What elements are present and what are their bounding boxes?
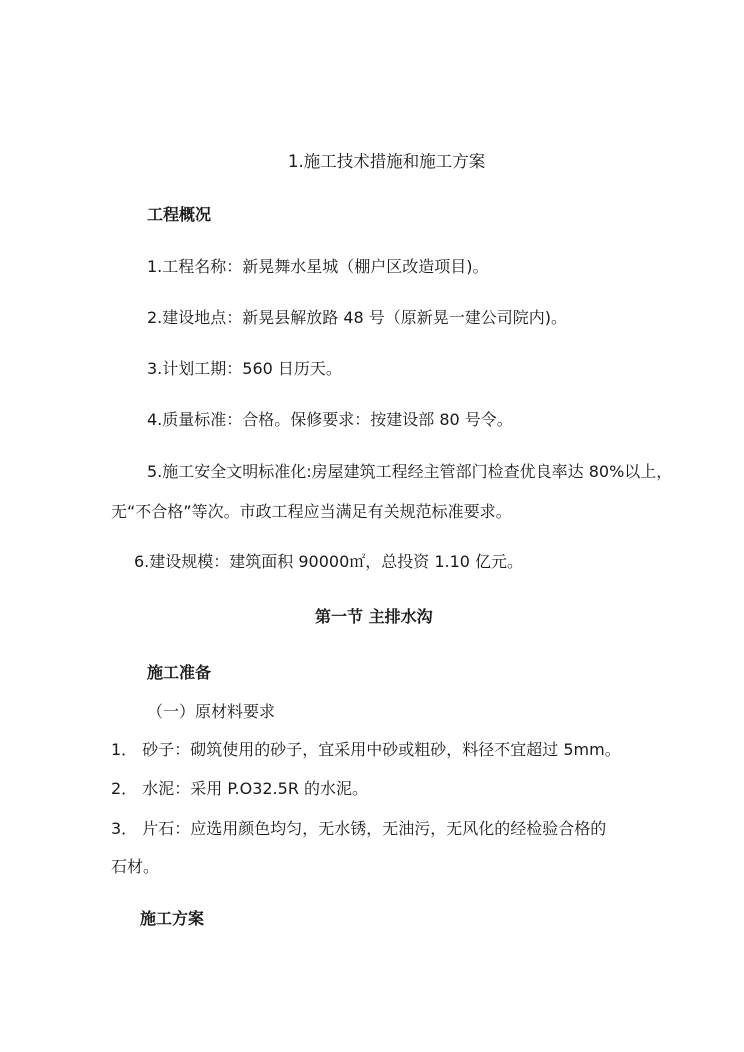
material-item-stone: 3． 片石：应选用颜色均匀，无水锈，无油污，无风化的经检验合格的 xyxy=(111,819,606,839)
overview-item-duration: 3.计划工期：560 日历天。 xyxy=(147,359,342,379)
overview-item-scale: 6.建设规模：建筑面积 90000㎡，总投资 1.10 亿元。 xyxy=(134,552,523,572)
materials-subheading: （一）原材料要求 xyxy=(147,702,275,722)
material-item-stone-continued: 石材。 xyxy=(111,857,159,877)
overview-item-project-name: 1.工程名称：新晃舞水星城（棚户区改造项目)。 xyxy=(147,257,489,277)
section-heading: 第一节 主排水沟 xyxy=(315,607,433,627)
overview-heading: 工程概况 xyxy=(147,205,211,225)
material-item-sand: 1． 砂子：砌筑使用的砂子，宜采用中砂或粗砂，料径不宜超过 5mm。 xyxy=(111,740,621,760)
overview-item-safety: 5.施工安全文明标准化:房屋建筑工程经主管部门检查优良率达 80%以上， xyxy=(147,462,672,482)
overview-item-location: 2.建设地点：新晃县解放路 48 号（原新晃一建公司院内)。 xyxy=(147,308,567,328)
material-item-cement: 2． 水泥：采用 P.O32.5R 的水泥。 xyxy=(111,779,368,799)
overview-item-safety-continued: 无“不合格”等次。市政工程应当满足有关规范标准要求。 xyxy=(111,502,512,522)
document-title: 1.施工技术措施和施工方案 xyxy=(288,152,485,172)
overview-item-quality: 4.质量标准：合格。保修要求：按建设部 80 号令。 xyxy=(147,410,513,430)
preparation-heading: 施工准备 xyxy=(147,663,211,683)
document-page: 1.施工技术措施和施工方案 工程概况 1.工程名称：新晃舞水星城（棚户区改造项目… xyxy=(0,0,744,1052)
plan-heading: 施工方案 xyxy=(140,909,204,929)
